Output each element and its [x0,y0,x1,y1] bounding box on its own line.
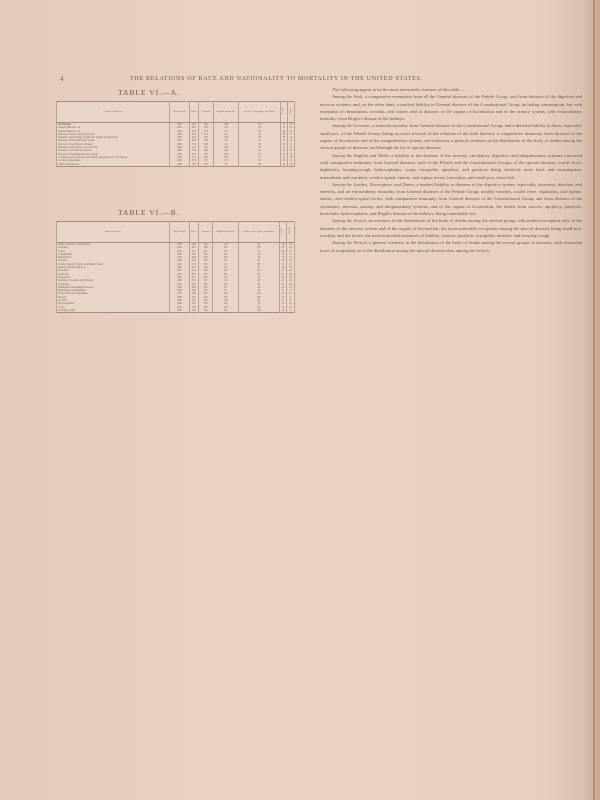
cell-value: 165 [213,309,238,313]
commentary-scandinavians: Among the Swedes, Norwegians, and Danes,… [320,181,582,217]
commentary-french: Among the French, a general evenness in … [320,239,582,254]
column-header-label: Special Diseases. [57,222,170,243]
table-b-title: TABLE VI.—B. [118,208,179,217]
scanned-page: 4 THE RELATIONS OF RACE AND NATIONALITY … [0,0,600,800]
page-number: 4 [60,75,64,83]
column-header: Total Foreign. [170,222,190,243]
column-header: Scotch. [280,102,287,123]
column-header: Scotch. [279,222,286,243]
row-label: Other and Unknown [57,163,170,167]
lead-phrase: Among the French, [332,240,368,245]
column-header-text: French. [289,227,292,234]
cell-value: 18 [279,309,286,313]
table-b-header: Special Diseases.Total Foreign.Irish.Ger… [57,222,295,243]
cell-value: 1000 [170,163,190,167]
cell-value: 8 [286,309,294,313]
cell-value: 25 [280,163,287,167]
commentary-column: The following appear to be the most note… [320,86,582,254]
running-title: THE RELATIONS OF RACE AND NATIONALITY TO… [130,75,550,82]
row-label: Hooping-Cough [57,309,170,313]
column-header: Germans. [199,102,214,123]
column-header: French. [286,222,294,243]
column-header-text: Scotch. [282,107,285,114]
lead-phrase: Among the Swedes, Norwegians, and Danes, [332,182,415,187]
cell-value: 56 [239,163,281,167]
lead-phrase: Among the Germans, [332,123,371,128]
cell-value: 1000 [170,309,190,313]
column-header: Germans. [198,222,212,243]
cell-value: 361 [189,163,199,167]
table-a-header: Groups of Diseases.Total Foreign.Irish.G… [57,102,295,123]
column-header: English and Welsh. [213,102,239,123]
column-header: Total Foreign. [170,102,190,123]
cell-value: 293 [199,163,214,167]
column-header-text: French. [290,107,293,114]
column-header: Irish. [189,222,198,243]
lead-phrase: Among the English and Welsh, [332,153,390,158]
table-row: Hooping-Cough1000193344165198188 [57,309,295,313]
column-header: French. [287,102,294,123]
lead-phrase: Among the Scotch, [332,218,367,223]
cell-value: 344 [198,309,212,313]
commentary-intro: The following appear to be the most note… [320,86,582,93]
commentary-germans: Among the Germans, a reduced mortality f… [320,122,582,151]
commentary-irish: Among the Irish, a comparative exemption… [320,93,582,122]
column-header: English and Welsh. [213,222,238,243]
column-header: Irish. [189,102,199,123]
table-a-title: TABLE VI.—A. [118,88,180,97]
commentary-english-welsh: Among the English and Welsh, a liability… [320,152,582,181]
column-header-text: Scotch. [281,227,284,234]
lead-phrase: Among the Irish, [332,94,363,99]
column-header: Swedes, Norwegians, and Danes. [238,222,279,243]
page-edge [593,0,595,800]
table-row: Other and Unknown100036129398562528 [57,163,295,167]
table-a: Groups of Diseases.Total Foreign.Irish.G… [56,101,295,167]
cell-value: 193 [189,309,198,313]
column-header-label: Groups of Diseases. [57,102,170,123]
table-b: Special Diseases.Total Foreign.Irish.Ger… [56,221,295,313]
commentary-scotch: Among the Scotch, an evenness in the dis… [320,217,582,239]
column-header: Swedes, Norwegians, and Danes. [239,102,281,123]
cell-value: 28 [287,163,294,167]
cell-value: 198 [238,309,279,313]
cell-value: 98 [213,163,239,167]
